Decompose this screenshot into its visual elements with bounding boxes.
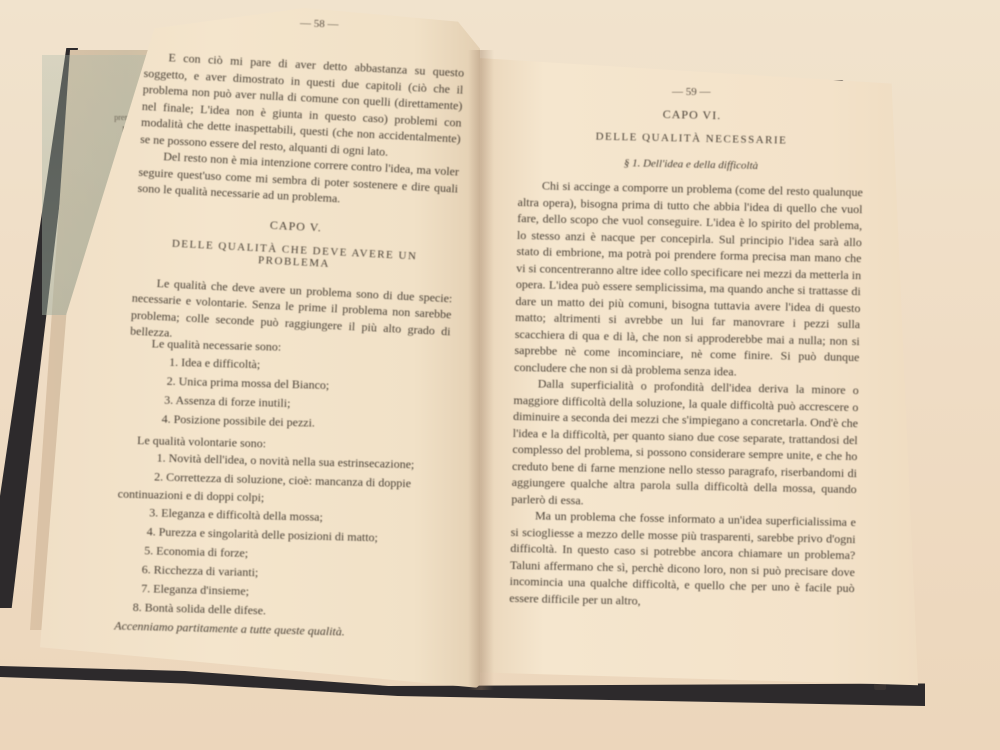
left-page-lists: Le qualità necessarie sono: 1. Idea e di… xyxy=(92,330,440,643)
chapter-label: CAPO VI. xyxy=(519,104,864,126)
paragraph: Chi si accinge a comporre un problema (c… xyxy=(514,177,863,382)
section-title: § 1. Dell'idea e della difficoltà xyxy=(518,155,863,174)
paragraph: Ma un problema che fosse informato a un'… xyxy=(509,507,856,613)
left-page-text: E con ciò mi pare di aver detto abbastan… xyxy=(130,48,465,356)
paragraph: E con ciò mi pare di aver detto abbastan… xyxy=(140,48,465,164)
chapter-title: DELLE QUALITÀ NECESSARIE xyxy=(519,129,864,148)
chapter-title: DELLE QUALITÀ CHE DEVE AVERE UN PROBLEMA xyxy=(134,235,455,276)
right-page-text: CAPO VI. DELLE QUALITÀ NECESSARIE § 1. D… xyxy=(509,88,865,613)
book-photo: Nel prendendo Bosisch anche comple anche… xyxy=(0,0,1000,750)
book-gutter-shadow xyxy=(468,50,494,690)
left-page-number: — 58 — xyxy=(300,17,339,30)
paragraph: Dalla superficialità o profondità dell'i… xyxy=(511,375,859,514)
